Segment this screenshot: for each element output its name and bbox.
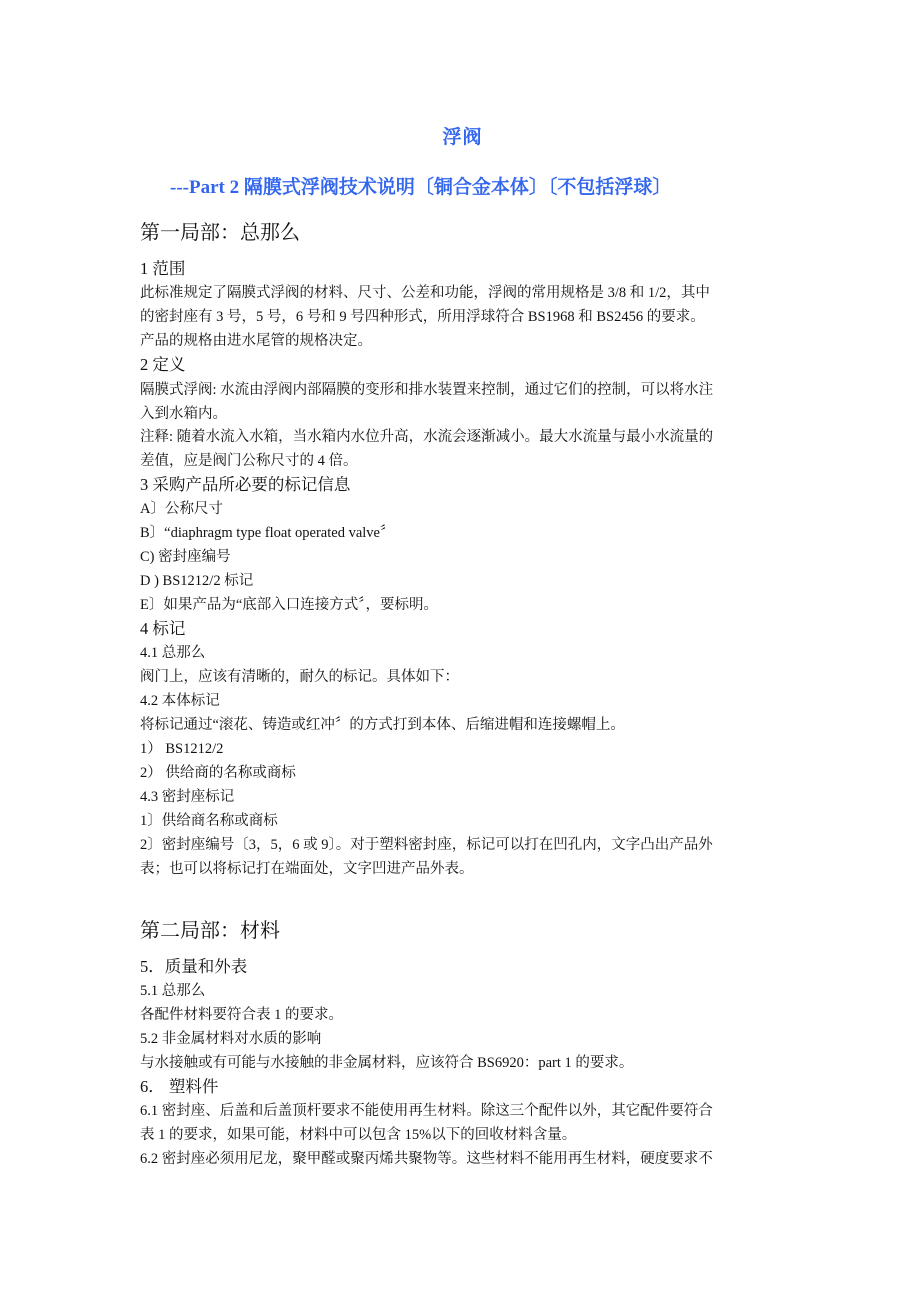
paragraph-line: 差值，应是阀门公称尺寸的 4 倍。 — [140, 451, 358, 471]
paragraph-line: 此标准规定了隔膜式浮阀的材料、尺寸、公差和功能，浮阀的常用规格是 3/8 和 1… — [140, 283, 710, 303]
paragraph-line: 的密封座有 3 号，5 号，6 号和 9 号四种形式，所用浮球符合 BS1968… — [140, 307, 705, 327]
paragraph-line: 1〕供给商名称或商标 — [140, 811, 278, 831]
paragraph-line: D ) BS1212/2 标记 — [140, 571, 253, 591]
section-heading: 1 范围 — [140, 258, 185, 280]
paragraph-line: 入到水箱内。 — [140, 404, 227, 424]
paragraph-line: 将标记通过“滚花、铸造或红冲〞的方式打到本体、后缩进帽和连接螺帽上。 — [140, 715, 625, 735]
section-heading: 4 标记 — [140, 618, 185, 640]
paragraph-line: 表 1 的要求，如果可能，材料中可以包含 15%以下的回收材料含量。 — [140, 1125, 576, 1145]
paragraph-line: 5.1 总那么 — [140, 981, 205, 1001]
section-heading: 2 定义 — [140, 354, 185, 376]
part-heading: 第二局部：材料 — [140, 918, 280, 944]
paragraph-line: 6.2 密封座必须用尼龙，聚甲醛或聚丙烯共聚物等。这些材料不能用再生材料，硬度要… — [140, 1149, 713, 1169]
paragraph-line: 产品的规格由进水尾管的规格决定。 — [140, 331, 372, 351]
paragraph-line: A〕公称尺寸 — [140, 499, 223, 519]
paragraph-line: B〕“diaphragm type float operated valve〞 — [140, 523, 394, 543]
section-heading: 3 采购产品所必要的标记信息 — [140, 474, 350, 496]
paragraph-line: 各配件材料要符合表 1 的要求。 — [140, 1005, 343, 1025]
paragraph-line: 5.2 非金属材料对水质的影响 — [140, 1029, 321, 1049]
paragraph-line: 表；也可以将标记打在端面处，文字凹进产品外表。 — [140, 859, 474, 879]
paragraph-line: 1） BS1212/2 — [140, 739, 223, 759]
paragraph-line: E〕如果产品为“底部入口连接方式〞，要标明。 — [140, 595, 438, 615]
paragraph-line: 隔膜式浮阀: 水流由浮阀内部隔膜的变形和排水装置来控制，通过它们的控制，可以将水… — [140, 380, 713, 400]
paragraph-line: 2） 供给商的名称或商标 — [140, 763, 296, 783]
section-heading: 6． 塑料件 — [140, 1076, 218, 1098]
paragraph-line: 6.1 密封座、后盖和后盖顶杆要求不能使用再生材料。除这三个配件以外，其它配件要… — [140, 1101, 713, 1121]
paragraph-line: 注释: 随着水流入水箱，当水箱内水位升高，水流会逐渐减小。最大水流量与最小水流量… — [140, 427, 713, 447]
part-heading: 第一局部：总那么 — [140, 220, 300, 246]
paragraph-line: 与水接触或有可能与水接触的非金属材料，应该符合 BS6920：part 1 的要… — [140, 1053, 633, 1073]
paragraph-line: 4.3 密封座标记 — [140, 787, 234, 807]
document-title: 浮阀 — [140, 122, 785, 149]
paragraph-line: 2〕密封座编号〔3，5，6 或 9〕。对于塑料密封座，标记可以打在凹孔内，文字凸… — [140, 835, 713, 855]
document-subtitle: ---Part 2 隔膜式浮阀技术说明〔铜合金本体〕〔不包括浮球〕 — [170, 172, 790, 199]
paragraph-line: 阀门上，应该有清晰的，耐久的标记。具体如下： — [140, 667, 459, 687]
paragraph-line: 4.1 总那么 — [140, 643, 205, 663]
paragraph-line: 4.2 本体标记 — [140, 691, 220, 711]
paragraph-line: C) 密封座编号 — [140, 547, 231, 567]
section-heading: 5．质量和外表 — [140, 956, 247, 978]
